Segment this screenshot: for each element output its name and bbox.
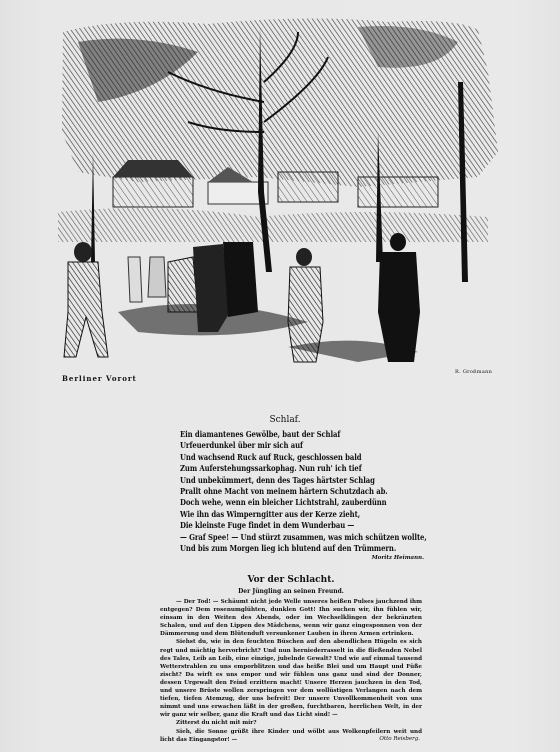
poem-line: Und bis zum Morgen lieg ich blutend auf …: [180, 543, 395, 554]
poem-line: Die kleinste Fuge findet in dem Wunderba…: [180, 520, 395, 531]
poem-title: Schlaf.: [180, 415, 430, 425]
illustration-caption: Berliner Vorort: [62, 374, 137, 383]
prose-paragraph: Siehst du, wie in den feuchten Büschen a…: [160, 638, 422, 719]
poem-line: Zum Auferstehungssarkophag. Nun ruh' ich…: [180, 463, 395, 474]
prose-subtitle: Der Jüngling an seinen Freund.: [160, 588, 422, 595]
poem-line: Urfeuerdunkel über mir sich auf: [180, 440, 395, 451]
prose-vor-der-schlacht: Vor der Schlacht. Der Jüngling an seinen…: [160, 575, 422, 742]
magazine-page: Berliner Vorort R. Großmann Schlaf. Ein …: [0, 0, 560, 752]
poem-line: Und wachsend Ruck auf Ruck, geschlossen …: [180, 452, 395, 463]
poem-line: Doch wehe, wenn ein bleicher Lichtstrahl…: [180, 497, 395, 508]
illustration-artist-signature: R. Großmann: [455, 369, 492, 375]
prose-paragraph: Zitterst du nicht mit mir?: [160, 719, 422, 727]
poem-line: Wie ihn das Wimperngitter aus der Kerze …: [180, 509, 395, 520]
lithograph-illustration: [58, 12, 502, 370]
poem-author: Moritz Heimann.: [180, 555, 430, 561]
poem-line: — Graf Spee! — Und stürzt zusammen, was …: [180, 532, 395, 543]
poem-schlaf: Schlaf. Ein diamantenes Gewölbe, baut de…: [180, 415, 430, 561]
poem-line: Und unbekümmert, denn des Tages härtster…: [180, 475, 395, 486]
prose-title: Vor der Schlacht.: [160, 575, 422, 585]
prose-paragraph: — Der Tod! — Schäumt nicht jede Welle un…: [160, 598, 422, 638]
street-scene-image: [58, 12, 502, 370]
poem-line: Ein diamantenes Gewölbe, baut der Schlaf: [180, 429, 395, 440]
poem-line: Prallt ohne Macht von meinem härtern Sch…: [180, 486, 395, 497]
